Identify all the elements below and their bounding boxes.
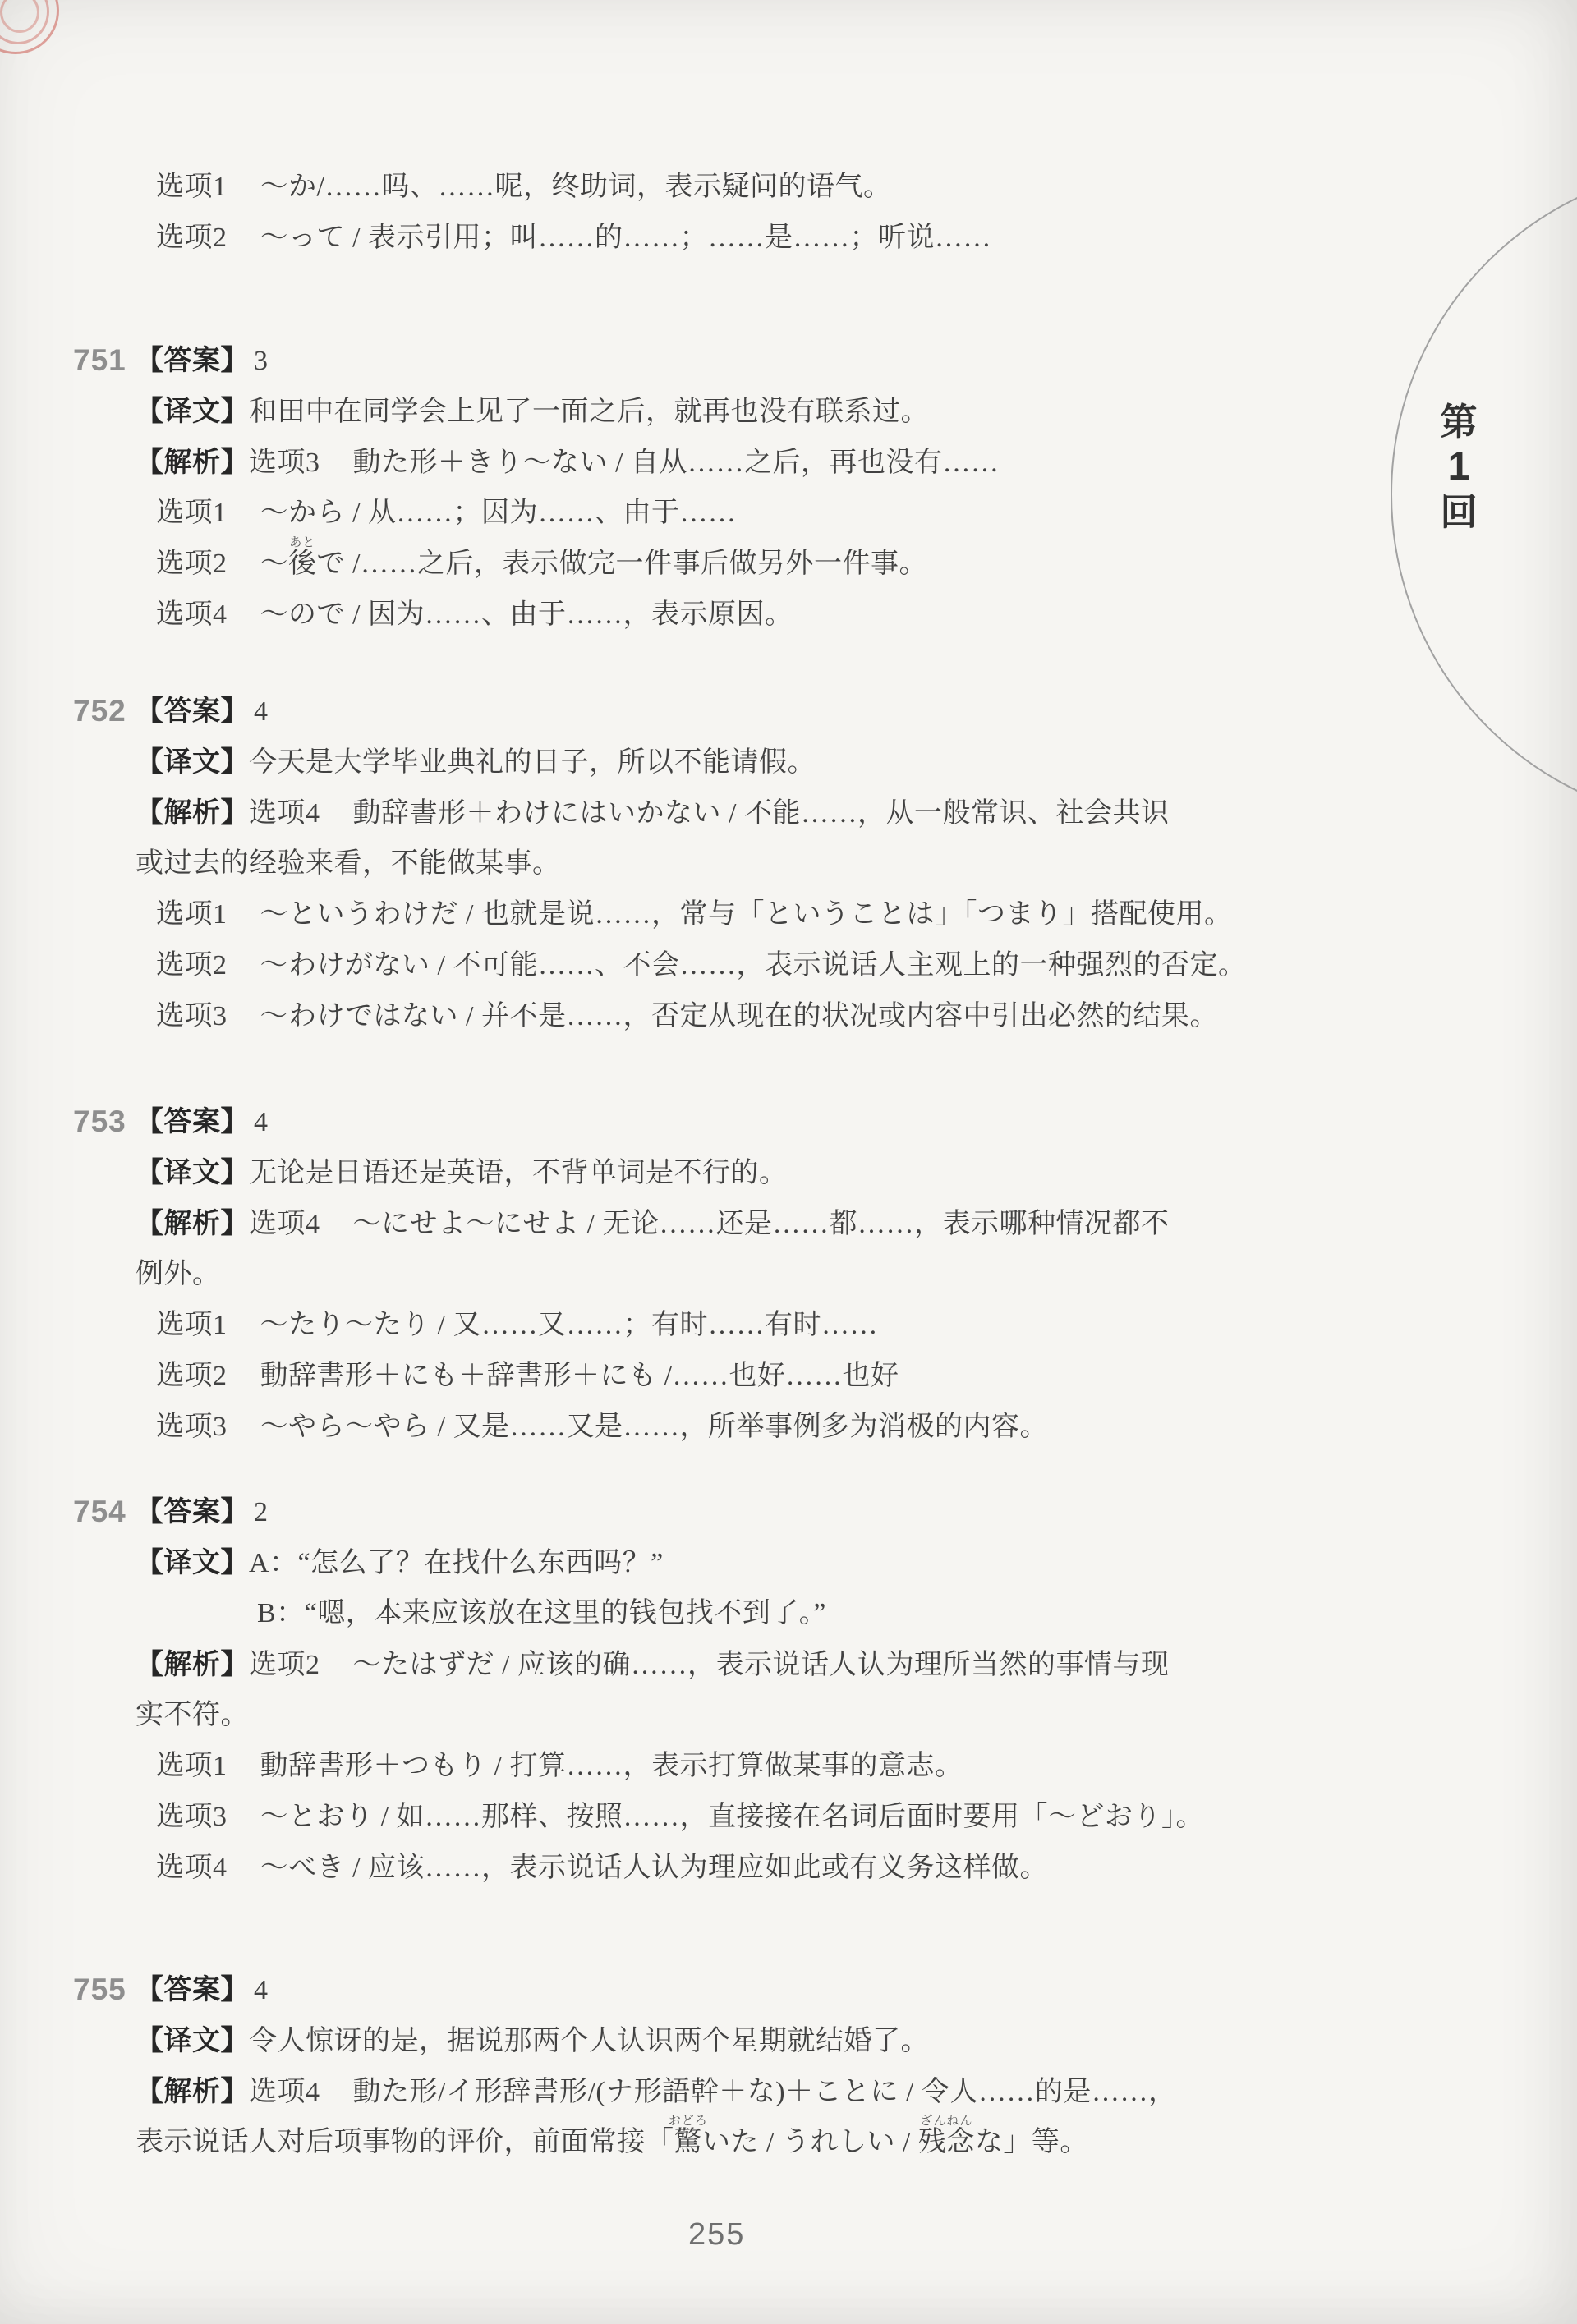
analysis-label: 【解析】: [136, 447, 249, 478]
analysis-text: ～たはずだ / 应该的确……，表示说话人认为理所当然的事情与现: [353, 1650, 1170, 1680]
question-block-755: 755 【答案】4 【译文】令人惊讶的是，据说那两个人认识两个星期就结婚了。 【…: [136, 1964, 1532, 2168]
option-text: ～から / 从……；因为……、由于……: [260, 498, 737, 528]
question-block-752: 752 【答案】4 【译文】今天是大学毕业典礼的日子，所以不能请假。 【解析】选…: [136, 686, 1532, 1042]
question-block-751: 751 【答案】3 【译文】和田中在同学会上见了一面之后，就再也没有联系过。 【…: [136, 335, 1532, 641]
option-line: 选项1動辞書形＋つもり / 打算……，表示打算做某事的意志。: [136, 1741, 1532, 1792]
answer-value: 4: [254, 1107, 269, 1137]
answer-label: 【答案】: [136, 1974, 249, 2005]
option-line: 选项2～後あとで /……之后，表示做完一件事后做另外一件事。: [136, 539, 1532, 590]
text-segment: 後あと: [288, 549, 317, 579]
translation-text: 令人惊讶的是，据说那两个人认识两个星期就结婚了。: [249, 2026, 929, 2056]
book-page: 第 1 回 选项1～か/……吗、……呢，终助词，表示疑问的语气。 选项2～って …: [0, 0, 1577, 2324]
translation-label: 【译文】: [136, 396, 249, 427]
option-line: 选项2動辞書形＋にも＋辞書形＋にも /……也好……也好: [136, 1351, 1532, 1402]
option-text: ～わけがない / 不可能……、不会……，表示说话人主观上的一种强烈的否定。: [260, 950, 1247, 981]
scan-artifact-arc: [0, 0, 49, 44]
translation-line-b: B：“嗯，本来应该放在这里的钱包找不到了。”: [136, 1588, 1532, 1639]
answer-value: 4: [254, 696, 269, 727]
translation-label: 【译文】: [136, 746, 249, 778]
answer-label: 【答案】: [136, 345, 249, 376]
translation-line: 【译文】令人惊讶的是，据说那两个人认识两个星期就结婚了。: [136, 2015, 1532, 2066]
analysis-continuation: 或过去的经验来看，不能做某事。: [136, 838, 1532, 889]
translation-label: 【译文】: [136, 1157, 249, 1188]
question-number: 754: [73, 1486, 126, 1537]
answer-value: 4: [254, 1975, 269, 2005]
page-content: 选项1～か/……吗、……呢，终助词，表示疑问的语气。 选项2～って / 表示引用…: [136, 162, 1532, 2168]
option-text: ～たり～たり / 又……又……；有时……有时……: [260, 1310, 878, 1340]
question-number: 752: [73, 686, 126, 737]
option-text: ～わけではない / 并不是……，否定从现在的状况或内容中引出必然的结果。: [260, 1001, 1218, 1031]
translation-label: 【译文】: [136, 2025, 249, 2056]
analysis-option-ref: 选项4: [249, 798, 320, 829]
option-text: ～とおり / 如……那样、按照……，直接接在名词后面时要用「～どおり」。: [260, 1802, 1204, 1832]
answer-label: 【答案】: [136, 1496, 249, 1527]
intro-options-block: 选项1～か/……吗、……呢，终助词，表示疑问的语气。 选项2～って / 表示引用…: [136, 162, 1532, 264]
analysis-option-ref: 选项3: [249, 448, 320, 478]
option-label: 选项1: [156, 498, 228, 528]
option-line: 选项3～わけではない / 并不是……，否定从现在的状况或内容中引出必然的结果。: [136, 991, 1532, 1042]
analysis-continuation: 表示说话人对后项事物的评价，前面常接「驚おどろいた / うれしい / 残念ざんね…: [136, 2117, 1532, 2168]
scan-artifact-corner: [0, 0, 62, 57]
option-label: 选项1: [156, 899, 228, 930]
scan-artifact-arc: [0, 0, 59, 54]
question-number: 753: [73, 1096, 126, 1147]
text-segment: 驚おどろ: [674, 2127, 703, 2157]
answer-line: 755 【答案】4: [136, 1964, 1532, 2015]
text-segment: いた / うれしい /: [702, 2127, 918, 2157]
translation-label: 【译文】: [136, 1547, 249, 1578]
option-label: 选项3: [156, 1412, 228, 1442]
analysis-label: 【解析】: [136, 2076, 249, 2107]
answer-line: 752 【答案】4: [136, 686, 1532, 737]
analysis-text: ～にせよ～にせよ / 无论……还是……都……，表示哪种情况都不: [353, 1209, 1170, 1239]
option-line: 选项1～から / 从……；因为……、由于……: [136, 488, 1532, 539]
analysis-line: 【解析】选项4動辞書形＋わけにはいかない / 不能……，从一般常识、社会共识: [136, 788, 1532, 838]
option-label: 选项2: [156, 950, 228, 981]
translation-line: 【译文】和田中在同学会上见了一面之后，就再也没有联系过。: [136, 386, 1532, 437]
answer-value: 3: [254, 346, 269, 376]
translation-text-a: A：“怎么了？在找什么东西吗？”: [249, 1548, 664, 1578]
option-line: 选项1～か/……吗、……呢，终助词，表示疑问的语气。: [136, 162, 1532, 213]
option-text: ～後あとで /……之后，表示做完一件事后做另外一件事。: [260, 549, 927, 579]
translation-line: 【译文】今天是大学毕业典礼的日子，所以不能请假。: [136, 737, 1532, 788]
question-block-754: 754 【答案】2 【译文】A：“怎么了？在找什么东西吗？” B：“嗯，本来应该…: [136, 1486, 1532, 1894]
option-line: 选项1～というわけだ / 也就是说……，常与「ということは」「つまり」搭配使用。: [136, 889, 1532, 940]
analysis-continuation: 例外。: [136, 1249, 1532, 1300]
option-label: 选项3: [156, 1001, 228, 1031]
option-line: 选项4～ので / 因为……、由于……，表示原因。: [136, 590, 1532, 641]
option-text: 動辞書形＋にも＋辞書形＋にも /……也好……也好: [260, 1361, 899, 1391]
furigana: あと: [289, 537, 315, 549]
option-text: ～ので / 因为……、由于……，表示原因。: [260, 599, 793, 630]
option-line: 选项2～って / 表示引用；叫……的……；……是……；听说……: [136, 213, 1532, 264]
analysis-option-ref: 选项2: [249, 1650, 320, 1680]
translation-line-a: 【译文】A：“怎么了？在找什么东西吗？”: [136, 1537, 1532, 1588]
analysis-continuation: 实不符。: [136, 1690, 1532, 1741]
answer-value: 2: [254, 1497, 269, 1527]
analysis-label: 【解析】: [136, 797, 249, 829]
text-segment: 残念ざんねん: [918, 2127, 975, 2157]
question-number: 755: [73, 1964, 126, 2015]
option-label: 选项1: [156, 1310, 228, 1340]
text-segment: な」等。: [975, 2127, 1088, 2157]
translation-text: 和田中在同学会上见了一面之后，就再也没有联系过。: [249, 397, 929, 427]
question-block-753: 753 【答案】4 【译文】无论是日语还是英语，不背单词是不行的。 【解析】选项…: [136, 1096, 1532, 1453]
option-text: 動辞書形＋つもり / 打算……，表示打算做某事的意志。: [260, 1751, 963, 1781]
analysis-text: 動た形＋きり～ない / 自从……之后，再也没有……: [353, 448, 1000, 478]
page-number: 255: [688, 2217, 745, 2253]
option-line: 选项1～たり～たり / 又……又……；有时……有时……: [136, 1300, 1532, 1351]
option-label: 选项1: [156, 172, 228, 202]
analysis-line: 【解析】选项2～たはずだ / 应该的确……，表示说话人认为理所当然的事情与现: [136, 1639, 1532, 1690]
analysis-line: 【解析】选项3動た形＋きり～ない / 自从……之后，再也没有……: [136, 437, 1532, 488]
option-text: ～やら～やら / 又是……又是……，所举事例多为消极的内容。: [260, 1412, 1048, 1442]
answer-label: 【答案】: [136, 696, 249, 727]
answer-line: 754 【答案】2: [136, 1486, 1532, 1537]
text-segment: ～: [260, 549, 289, 579]
option-label: 选项4: [156, 1853, 228, 1883]
scan-artifact-arc: [0, 0, 39, 33]
option-line: 选项3～とおり / 如……那样、按照……，直接接在名词后面时要用「～どおり」。: [136, 1792, 1532, 1843]
translation-line: 【译文】无论是日语还是英语，不背单词是不行的。: [136, 1147, 1532, 1198]
analysis-option-ref: 选项4: [249, 1209, 320, 1239]
option-label: 选项2: [156, 223, 228, 253]
answer-label: 【答案】: [136, 1106, 249, 1137]
answer-line: 753 【答案】4: [136, 1096, 1532, 1147]
analysis-label: 【解析】: [136, 1649, 249, 1680]
option-line: 选项3～やら～やら / 又是……又是……，所举事例多为消极的内容。: [136, 1402, 1532, 1453]
option-label: 选项1: [156, 1751, 228, 1781]
translation-text: 今天是大学毕业典礼的日子，所以不能请假。: [249, 747, 816, 778]
question-number: 751: [73, 335, 126, 386]
option-text: ～って / 表示引用；叫……的……；……是……；听说……: [260, 223, 991, 253]
option-label: 选项3: [156, 1802, 228, 1832]
analysis-option-ref: 选项4: [249, 2077, 320, 2107]
furigana: ざんねん: [920, 2115, 972, 2128]
option-line: 选项2～わけがない / 不可能……、不会……，表示说话人主观上的一种强烈的否定。: [136, 940, 1532, 991]
analysis-line: 【解析】选项4～にせよ～にせよ / 无论……还是……都……，表示哪种情况都不: [136, 1198, 1532, 1249]
option-label: 选项2: [156, 1361, 228, 1391]
answer-line: 751 【答案】3: [136, 335, 1532, 386]
text-segment: 表示说话人对后项事物的评价，前面常接「: [136, 2127, 674, 2157]
text-segment: で /……之后，表示做完一件事后做另外一件事。: [317, 549, 927, 579]
option-text: ～か/……吗、……呢，终助词，表示疑问的语气。: [260, 172, 892, 202]
analysis-line: 【解析】选项4動た形/イ形辞書形/(ナ形語幹＋な)＋ことに / 令人……的是………: [136, 2066, 1532, 2117]
option-label: 选项2: [156, 549, 228, 579]
analysis-label: 【解析】: [136, 1208, 249, 1239]
analysis-text: 動た形/イ形辞書形/(ナ形語幹＋な)＋ことに / 令人……的是……，: [353, 2077, 1177, 2107]
analysis-text: 動辞書形＋わけにはいかない / 不能……，从一般常识、社会共识: [353, 798, 1170, 829]
option-text: ～べき / 应该……，表示说话人认为理应如此或有义务这样做。: [260, 1853, 1048, 1883]
furigana: おどろ: [669, 2115, 708, 2128]
translation-text: 无论是日语还是英语，不背单词是不行的。: [249, 1158, 788, 1188]
option-text: ～というわけだ / 也就是说……，常与「ということは」「つまり」搭配使用。: [260, 899, 1233, 930]
option-line: 选项4～べき / 应该……，表示说话人认为理应如此或有义务这样做。: [136, 1843, 1532, 1894]
option-label: 选项4: [156, 599, 228, 630]
